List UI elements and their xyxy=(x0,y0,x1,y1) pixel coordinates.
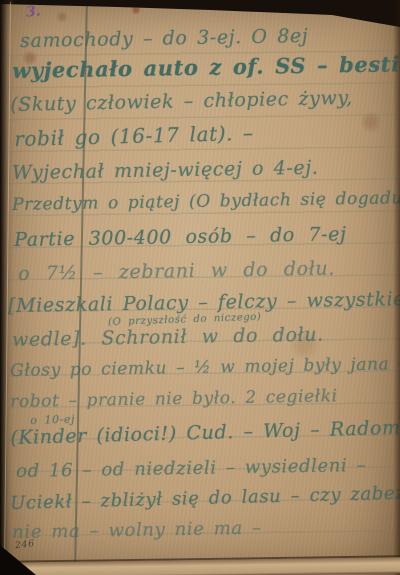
handwritten-line: (Skuty człowiek – chłopiec żywy, xyxy=(10,87,353,116)
handwritten-line: Wyjechał mniej-więcej o 4-ej. xyxy=(12,157,319,184)
page-number: 246 xyxy=(14,539,35,551)
handwritten-line: robił go (16-17 lat). – xyxy=(14,121,254,151)
right-edge-shadow xyxy=(393,0,400,575)
torn-top-edge-shadow xyxy=(0,0,400,30)
handwritten-line: Partie 300-400 osób – do 7-ej xyxy=(14,223,347,251)
handwritten-line: wyjechało auto z of. SS – bestia xyxy=(12,51,400,83)
handwritten-line: Uciekł – zbliżył się do lasu – czy zabez… xyxy=(10,482,400,514)
handwritten-line: nie ma – wolny nie ma – xyxy=(12,518,262,543)
handwritten-line: Przedtym o piątej (O bydłach się dogaduj… xyxy=(12,188,400,215)
handwritten-line: samochody – do 3-ej. O 8ej xyxy=(20,25,308,52)
notebook-page-scan: 3. samochody – do 3-ej. O 8ej wyjechało … xyxy=(0,0,400,575)
handwritten-line: od 16 – od niedzieli – wysiedleni – xyxy=(16,455,366,482)
handwritten-line: o 7½ – zebrani w do dołu. xyxy=(18,257,335,285)
page-annotation-number: 3. xyxy=(25,3,41,20)
handwritten-line: robot – pranie nie było. 2 cegiełki xyxy=(10,386,338,412)
handwritten-line: Głosy po ciemku – ½ w mojej były jana – xyxy=(10,354,400,381)
handwritten-line: wedle]. Schronił w do dołu. xyxy=(12,324,324,351)
margin-line xyxy=(74,0,88,575)
